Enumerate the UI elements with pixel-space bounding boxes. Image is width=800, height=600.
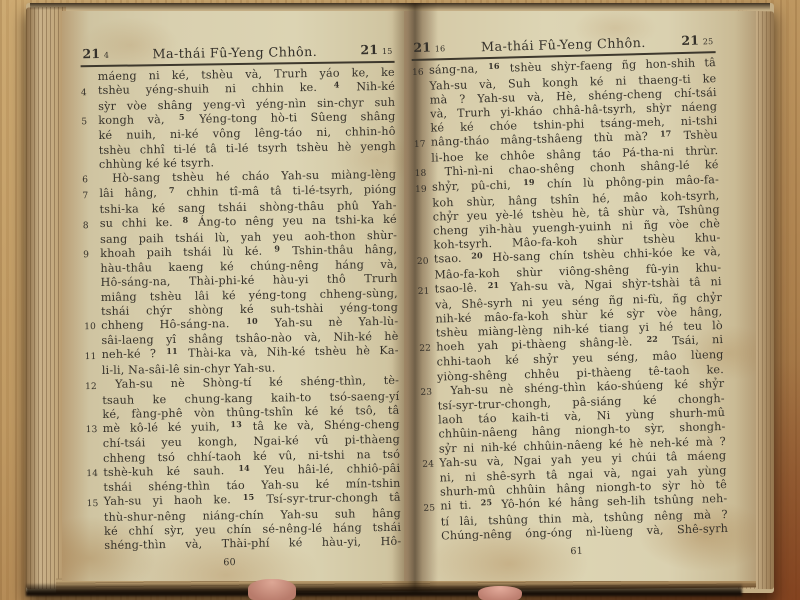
- verse-number-margin: 19: [415, 181, 432, 197]
- verse-number-inline: 5: [178, 112, 186, 122]
- verse-number-margin: [84, 305, 101, 319]
- verse-number-margin: [87, 539, 104, 553]
- verse-number-inline: 10: [245, 315, 259, 325]
- verse-number-margin: [419, 356, 436, 371]
- finger-right: [478, 586, 522, 600]
- verse-number-margin: 18: [414, 165, 431, 181]
- verse-number-inline: 8: [181, 215, 189, 225]
- verse-number-margin: [423, 486, 440, 501]
- verse-number-margin: [83, 262, 100, 276]
- verse-number-inline: 16: [487, 61, 501, 71]
- verse-number-margin: [84, 290, 101, 304]
- verse-number-margin: 6: [82, 172, 99, 188]
- left-header-chapter-last: 21 15: [360, 43, 392, 60]
- verse-number-margin: [83, 203, 100, 217]
- verse-text: shéng-thìn và, Thài-phí ké hàu-yi, Hô-: [104, 535, 401, 553]
- verse-number-margin: 7: [82, 187, 99, 203]
- book-bottom-shadow: [26, 584, 742, 596]
- verse-number-margin: [418, 298, 435, 313]
- verse-number-inline: 13: [229, 419, 243, 429]
- verse-number-margin: [87, 525, 104, 539]
- finger-left: [248, 579, 296, 600]
- verse-number-inline: 7: [168, 185, 176, 195]
- verse-number-inline: 19: [522, 177, 536, 187]
- verse-number-margin: [424, 515, 441, 530]
- verse-number-margin: [417, 268, 434, 283]
- right-header-chapter-first: 21 16: [413, 40, 445, 57]
- verse-number-inline: 21: [487, 280, 501, 290]
- text-line: shéng-thìn và, Thài-phí ké hàu-yi, Hô-: [87, 535, 401, 553]
- right-header-chapter-last: 21 25: [681, 33, 713, 50]
- verse-number-inline: 20: [470, 251, 484, 261]
- left-header-title: Ma-thái Fû-Yeng Chhôn.: [152, 46, 317, 62]
- left-header-chapter-first: 21 4: [82, 47, 109, 63]
- verse-number-margin: [85, 364, 102, 378]
- verse-number-margin: [416, 225, 433, 240]
- verse-number-margin: 25: [423, 500, 440, 516]
- verse-number-margin: [423, 472, 440, 487]
- left-page-verse-lines: máeng ni ké, tshèu và, Trurh yáo ke, ke4…: [81, 66, 402, 553]
- verse-number-margin: [424, 530, 441, 545]
- right-header-title: Ma-thái Fû-Yeng Chhôn.: [481, 37, 646, 55]
- verse-number-margin: [416, 211, 433, 226]
- verse-number-margin: 4: [81, 84, 98, 100]
- verse-number-margin: [414, 151, 431, 166]
- verse-number-margin: [84, 276, 101, 290]
- verse-number-margin: [86, 437, 103, 451]
- verse-number-inline: 22: [645, 334, 659, 344]
- verse-number-margin: [85, 394, 102, 408]
- verse-number-margin: 17: [414, 136, 431, 152]
- verse-number-margin: [415, 197, 432, 212]
- verse-number-inline: 4: [333, 80, 341, 90]
- verse-number-margin: [412, 79, 429, 94]
- verse-number-margin: [87, 511, 104, 525]
- verse-number-margin: [416, 239, 433, 254]
- verse-number-margin: [413, 122, 430, 137]
- verse-number-margin: [83, 233, 100, 247]
- verse-number-margin: [421, 428, 438, 443]
- verse-number-inline: 9: [273, 243, 281, 253]
- verse-number-margin: [413, 107, 430, 122]
- verse-number-inline: 14: [237, 463, 251, 473]
- verse-number-margin: [86, 481, 103, 495]
- verse-number-margin: [85, 408, 102, 422]
- verse-number-margin: [81, 70, 98, 84]
- verse-number-margin: [81, 129, 98, 143]
- verse-number-inline: 11: [165, 346, 179, 356]
- verse-number-margin: [82, 144, 99, 158]
- verse-number-margin: [418, 312, 435, 327]
- verse-number-margin: 24: [422, 456, 439, 472]
- verse-number-margin: 8: [83, 217, 100, 233]
- verse-number-margin: [81, 100, 98, 114]
- verse-number-margin: 22: [419, 340, 436, 356]
- left-running-header: 21 4 Ma-thái Fû-Yeng Chhôn. 21 15: [80, 43, 394, 67]
- verse-number-inline: 15: [242, 492, 256, 502]
- verse-number-margin: [421, 400, 438, 415]
- verse-number-inline: 17: [659, 128, 673, 138]
- verse-number-margin: 13: [86, 422, 103, 438]
- verse-number-margin: [84, 334, 101, 348]
- verse-number-margin: 5: [81, 114, 98, 130]
- verse-number-margin: 14: [86, 466, 103, 482]
- verse-number-margin: 15: [87, 495, 104, 511]
- verse-number-margin: 16: [412, 64, 429, 80]
- verse-number-margin: [86, 451, 103, 465]
- verse-number-margin: 9: [83, 247, 100, 263]
- verse-number-margin: 12: [85, 378, 102, 394]
- verse-number-inline: 25: [480, 497, 494, 507]
- verse-number-margin: [420, 370, 437, 385]
- verse-number-margin: 23: [420, 384, 437, 400]
- verse-number-margin: 20: [417, 253, 434, 269]
- verse-number-margin: [419, 326, 436, 341]
- right-page-text: 21 16 Ma-thái Fû-Yeng Chhôn. 21 25 16sán…: [411, 33, 729, 563]
- verse-number-margin: 11: [85, 348, 102, 364]
- left-page-text: 21 4 Ma-thái Fû-Yeng Chhôn. 21 15 máeng …: [80, 43, 401, 573]
- verse-number-margin: 21: [418, 283, 435, 299]
- verse-number-margin: [421, 414, 438, 429]
- verse-number-margin: [413, 93, 430, 108]
- open-book: 21 4 Ma-thái Fû-Yeng Chhôn. 21 15 máeng …: [26, 3, 774, 593]
- right-page-verse-lines: 16sáng-na, 16 tshèu shỳr-faeng ñg hon-sh…: [412, 56, 728, 544]
- verse-number-margin: [422, 442, 439, 457]
- page-edges-left: [26, 7, 66, 590]
- verse-number-margin: [82, 158, 99, 172]
- verse-number-margin: 10: [84, 319, 101, 335]
- book-top-edge-shadow: [30, 3, 770, 10]
